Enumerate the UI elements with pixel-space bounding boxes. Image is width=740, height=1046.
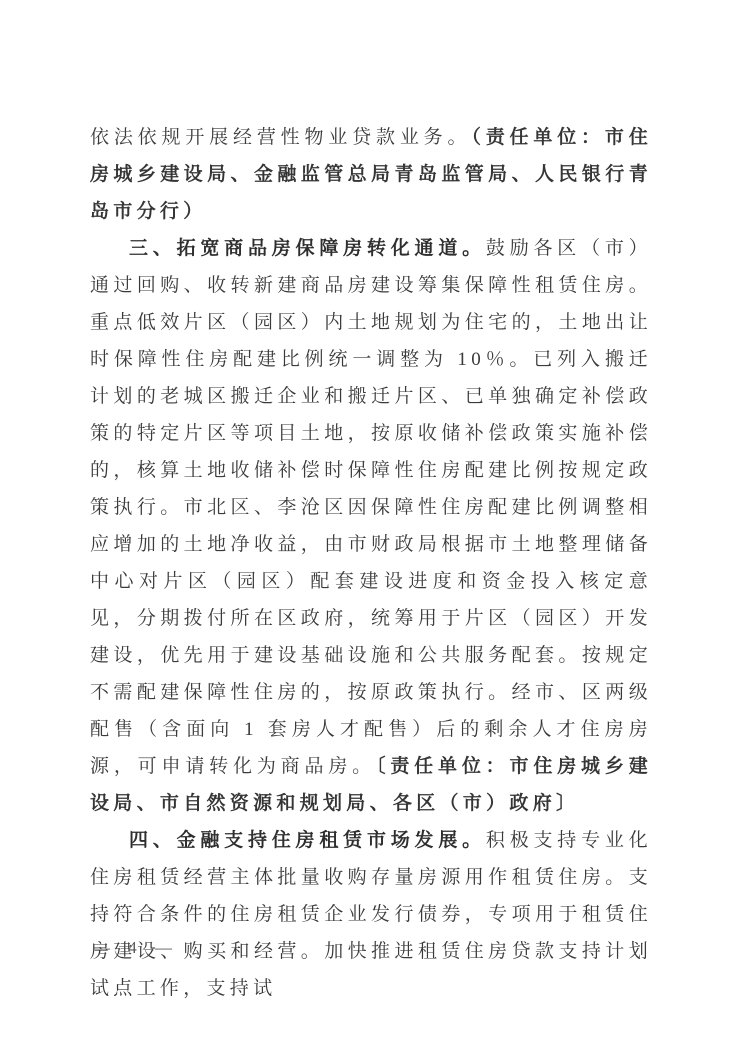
paragraph: 依法依规开展经营性物业贷款业务。（责任单位：市住房城乡建设局、金融监管总局青岛监… <box>90 119 652 230</box>
body-text: 依法依规开展经营性物业贷款业务。 <box>90 127 471 148</box>
body-text: 鼓励各区（市）通过回购、收转新建商品房建设筹集保障性租赁住房。重点低效片区（园区… <box>90 238 652 777</box>
paragraph: 四、金融支持住房租赁市场发展。积极支持专业化住房租赁经营主体批量收购存量房源用作… <box>90 822 652 1007</box>
paragraph: 三、拓宽商品房保障房转化通道。鼓励各区（市）通过回购、收转新建商品房建设筹集保障… <box>90 230 652 822</box>
page-number: — 4 — <box>93 938 179 958</box>
section-heading: 三、拓宽商品房保障房转化通道。 <box>129 238 486 259</box>
document-body: 依法依规开展经营性物业贷款业务。（责任单位：市住房城乡建设局、金融监管总局青岛监… <box>90 119 652 1007</box>
body-text: 积极支持专业化住房租赁经营主体批量收购存量房源用作租赁住房。支持符合条件的住房租… <box>90 830 652 999</box>
section-heading: 四、金融支持住房租赁市场发展。 <box>129 830 486 851</box>
document-page: 依法依规开展经营性物业贷款业务。（责任单位：市住房城乡建设局、金融监管总局青岛监… <box>0 0 740 1046</box>
